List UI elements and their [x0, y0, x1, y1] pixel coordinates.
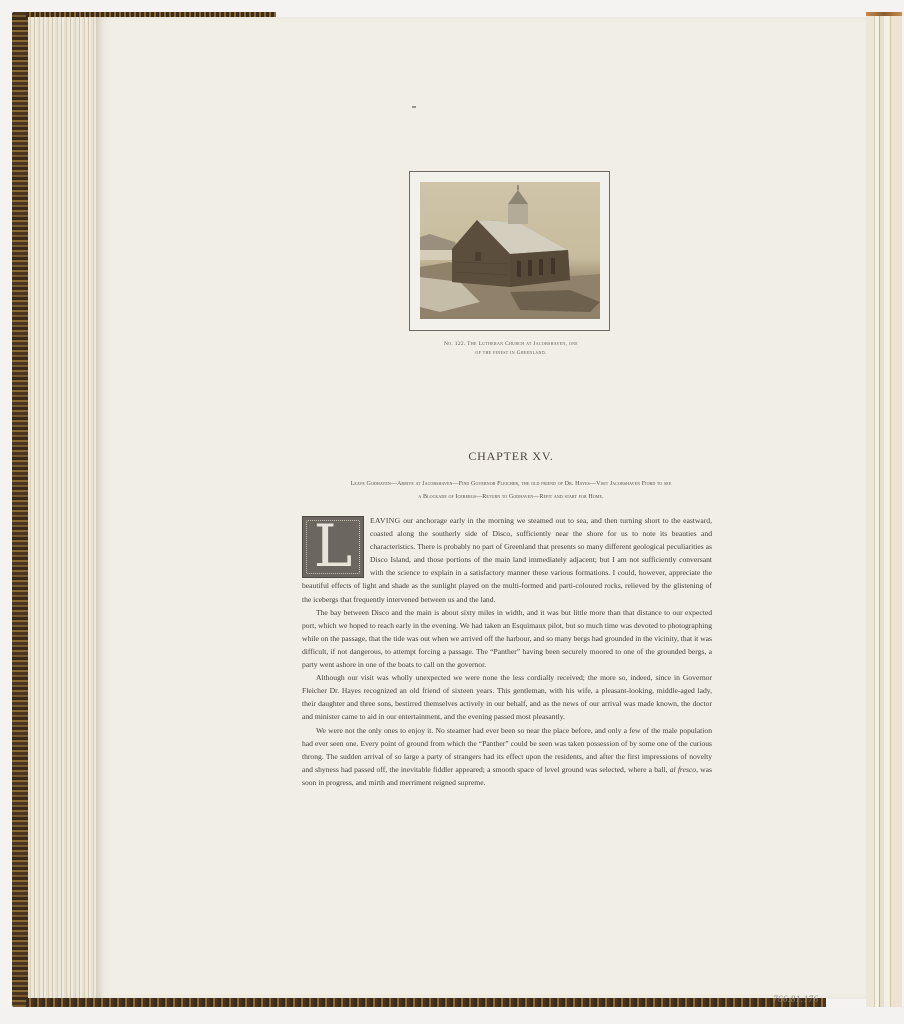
- paragraph-3: Although our visit was wholly unexpected…: [302, 671, 712, 723]
- synopsis-line-2: a Blockade of Icebergs—Return to Godhave…: [296, 491, 726, 504]
- paragraph-2: The bay between Disco and the main is ab…: [302, 606, 712, 671]
- paragraph-4: We were not the only ones to enjoy it. N…: [302, 724, 712, 789]
- first-word: EAVING: [370, 516, 401, 525]
- chapter-title: CHAPTER XV.: [376, 449, 646, 464]
- book-page: No. 122. The Lutheran Church at Jacobsha…: [96, 17, 866, 999]
- paragraph-4-italic: al fresco: [670, 765, 696, 774]
- book-cover-bottom-edge: [26, 998, 826, 1007]
- catalog-number: 766.81.176: [773, 994, 819, 1004]
- page-speck: [412, 106, 416, 108]
- page-stack-right: [866, 12, 902, 1007]
- book-cover-left-edge: [12, 12, 28, 1007]
- chapter-synopsis: Leave Godhaven—Arrive at Jacobshaven—Fin…: [296, 478, 726, 504]
- paragraph-4-text-a: We were not the only ones to enjoy it. N…: [302, 726, 712, 774]
- church-image-icon: [420, 182, 600, 319]
- church-photograph: [420, 182, 600, 319]
- scan-background: [0, 1007, 904, 1024]
- caption-line-1: No. 122. The Lutheran Church at Jacobsha…: [396, 340, 626, 349]
- ornamental-dropcap: L: [302, 516, 364, 578]
- book: No. 122. The Lutheran Church at Jacobsha…: [12, 12, 902, 1007]
- paragraph-1: L EAVING our anchorage early in the morn…: [302, 514, 712, 606]
- page-stack-left: [28, 17, 96, 999]
- caption-line-2: of the finest in Greenland.: [396, 349, 626, 358]
- photo-plate: [409, 171, 610, 331]
- synopsis-line-1: Leave Godhaven—Arrive at Jacobshaven—Fin…: [296, 478, 726, 491]
- plate-caption: No. 122. The Lutheran Church at Jacobsha…: [396, 340, 626, 358]
- dropcap-letter: L: [303, 513, 363, 579]
- chapter-body: L EAVING our anchorage early in the morn…: [302, 514, 712, 789]
